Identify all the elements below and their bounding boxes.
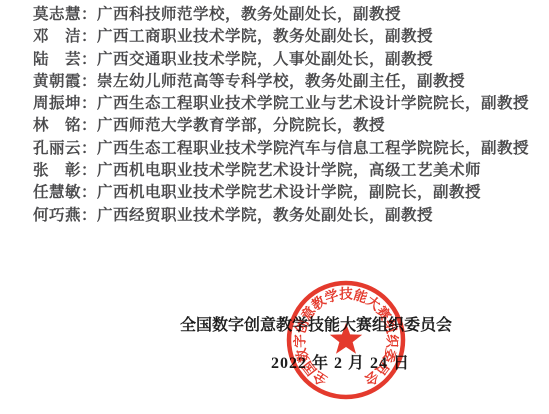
svg-text:能: 能 xyxy=(352,286,370,306)
roster-colon: ： xyxy=(81,51,97,68)
roster-colon: ： xyxy=(81,207,97,224)
official-seal-stamp: 全国数字创意教学技能大赛组织委员会 xyxy=(284,278,408,402)
svg-text:大: 大 xyxy=(363,292,384,313)
roster-line: 张 彰：广西机电职业技术学院艺术设计学院，高级工艺美术师 xyxy=(33,160,533,182)
roster-list: 莫志慧：广西科技师范学校，教务处副处长，副教授 邓 洁：广西工商职业技术学院，教… xyxy=(33,4,533,227)
svg-text:教: 教 xyxy=(308,292,329,313)
seal-ring-text: 全国数字创意教学技能大赛组织委员会 xyxy=(291,286,400,390)
roster-line: 陆 芸：广西交通职业技术学院，人事处副处长，副教授 xyxy=(33,49,533,71)
document-page: 莫志慧：广西科技师范学校，教务处副处长，副教授 邓 洁：广西工商职业技术学院，教… xyxy=(0,0,549,414)
roster-colon: ： xyxy=(81,73,97,90)
seal-ring xyxy=(289,283,403,397)
roster-line: 莫志慧：广西科技师范学校，教务处副处长，副教授 xyxy=(33,4,533,26)
roster-colon: ： xyxy=(81,95,97,112)
roster-detail: 广西机电职业技术学院艺术设计学院，高级工艺美术师 xyxy=(97,162,481,179)
roster-name: 张 彰 xyxy=(33,160,81,182)
roster-detail: 广西师范大学教育学部，分院院长，教授 xyxy=(97,117,385,134)
roster-line: 任慧敏：广西机电职业技术学院艺术设计学院，副院长，副教授 xyxy=(33,182,533,204)
roster-colon: ： xyxy=(81,184,97,201)
roster-name: 周振坤 xyxy=(33,93,81,115)
roster-detail: 广西生态工程职业技术学院汽车与信息工程学院院长，副教授 xyxy=(97,140,529,157)
roster-name: 何巧燕 xyxy=(33,205,81,227)
svg-text:字: 字 xyxy=(291,334,307,348)
roster-colon: ： xyxy=(81,117,97,134)
roster-name: 陆 芸 xyxy=(33,49,81,71)
svg-text:技: 技 xyxy=(338,286,353,302)
signature-committee: 全国数字创意教学技能大赛组织委员会 xyxy=(180,312,452,335)
roster-detail: 广西机电职业技术学院艺术设计学院，副院长，副教授 xyxy=(97,184,481,201)
roster-detail: 崇左幼儿师范高等专科学校，教务处副主任，副教授 xyxy=(97,73,465,90)
roster-detail: 广西科技师范学校，教务处副处长，副教授 xyxy=(97,6,401,23)
roster-colon: ： xyxy=(81,140,97,157)
roster-name: 莫志慧 xyxy=(33,4,81,26)
roster-detail: 广西经贸职业技术学院，教务处副处长，副教授 xyxy=(97,207,433,224)
roster-colon: ： xyxy=(81,28,97,45)
svg-text:织: 织 xyxy=(384,334,400,348)
roster-name: 邓 洁 xyxy=(33,26,81,48)
signature-date: 2022 年 2 月 24 日 xyxy=(271,350,410,373)
roster-name: 任慧敏 xyxy=(33,182,81,204)
roster-detail: 广西交通职业技术学院，人事处副处长，副教授 xyxy=(97,51,433,68)
roster-line: 邓 洁：广西工商职业技术学院，教务处副处长，副教授 xyxy=(33,26,533,48)
roster-line: 黄朝霞：崇左幼儿师范高等专科学校，教务处副主任，副教授 xyxy=(33,71,533,93)
roster-name: 孔丽云 xyxy=(33,138,81,160)
roster-line: 孔丽云：广西生态工程职业技术学院汽车与信息工程学院院长，副教授 xyxy=(33,138,533,160)
roster-detail: 广西生态工程职业技术学院工业与艺术设计学院院长，副教授 xyxy=(97,95,529,112)
roster-name: 黄朝霞 xyxy=(33,71,81,93)
svg-text:学: 学 xyxy=(323,286,341,306)
roster-detail: 广西工商职业技术学院，教务处副处长，副教授 xyxy=(97,28,433,45)
roster-line: 何巧燕：广西经贸职业技术学院，教务处副处长，副教授 xyxy=(33,205,533,227)
roster-line: 周振坤：广西生态工程职业技术学院工业与艺术设计学院院长，副教授 xyxy=(33,93,533,115)
roster-line: 林 铭：广西师范大学教育学部，分院院长，教授 xyxy=(33,115,533,137)
roster-colon: ： xyxy=(81,6,97,23)
roster-name: 林 铭 xyxy=(33,115,81,137)
roster-colon: ： xyxy=(81,162,97,179)
